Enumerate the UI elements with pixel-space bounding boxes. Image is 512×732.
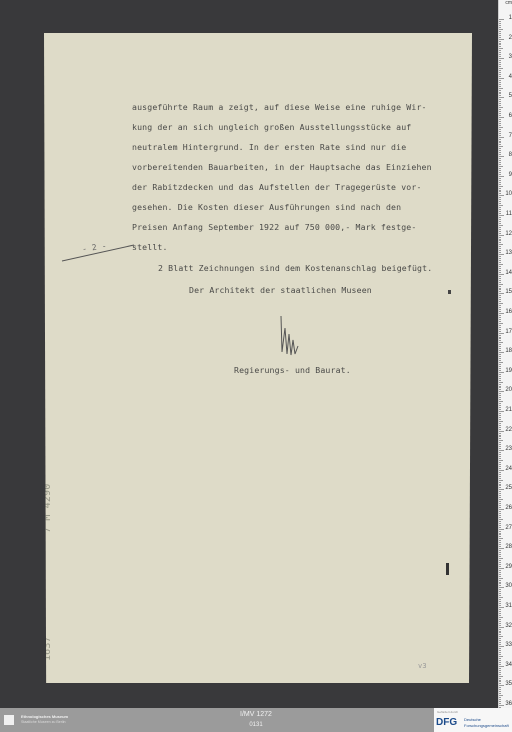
ruler-label: 14 — [505, 270, 512, 276]
ruler-minor-tick — [499, 52, 501, 53]
ruler-minor-tick — [499, 360, 501, 361]
ruler-minor-tick — [499, 534, 501, 535]
ruler-label: 11 — [506, 211, 512, 217]
ruler-minor-tick — [499, 29, 503, 30]
ruler-minor-tick — [499, 60, 501, 61]
body-line: vorbereitenden Bauarbeiten, in der Haupt… — [132, 162, 432, 172]
ruler-minor-tick — [499, 111, 501, 112]
ruler-tick — [499, 489, 504, 490]
ruler-minor-tick — [499, 331, 501, 332]
funder-name-2: Forschungsgemeinschaft — [464, 723, 509, 728]
ruler-minor-tick — [499, 346, 501, 347]
ruler-minor-tick — [499, 384, 501, 385]
ruler-minor-tick — [499, 146, 503, 147]
ruler-minor-tick — [499, 350, 501, 351]
ruler-minor-tick — [499, 609, 501, 610]
ruler-minor-tick — [499, 501, 501, 502]
ruler-minor-tick — [499, 523, 501, 524]
ruler-minor-tick — [499, 174, 501, 175]
ruler-minor-tick — [499, 84, 501, 85]
ruler-minor-tick — [499, 423, 501, 424]
ruler-minor-tick — [499, 323, 503, 324]
ruler-minor-tick — [499, 297, 501, 298]
ruler-minor-tick — [499, 231, 501, 232]
ruler-minor-tick — [499, 480, 503, 481]
ruler-minor-tick — [499, 258, 501, 259]
ruler-tick — [499, 627, 504, 628]
ruler-minor-tick — [499, 105, 501, 106]
ruler-minor-tick — [499, 268, 501, 269]
ruler-minor-tick — [499, 378, 501, 379]
ruler-minor-tick — [499, 484, 501, 485]
ruler-minor-tick — [499, 617, 503, 618]
ruler-minor-tick — [499, 387, 501, 388]
ruler-minor-tick — [499, 595, 501, 596]
ruler-label: 13 — [505, 250, 512, 256]
ruler-minor-tick — [499, 278, 501, 279]
ruler-minor-tick — [499, 415, 501, 416]
ruler-tick — [499, 568, 504, 569]
ruler-minor-tick — [499, 82, 501, 83]
ruler-tick — [499, 19, 504, 20]
ruler-minor-tick — [499, 272, 501, 273]
ruler-minor-tick — [499, 386, 501, 387]
ruler-minor-tick — [499, 56, 501, 57]
ruler-label: 27 — [505, 525, 512, 531]
ruler-label: 35 — [505, 681, 512, 687]
ruler-minor-tick — [499, 562, 501, 563]
ruler-minor-tick — [499, 533, 501, 534]
ruler-minor-tick — [499, 35, 501, 36]
ruler-label: 24 — [505, 466, 512, 472]
ruler-minor-tick — [499, 693, 501, 694]
ruler-minor-tick — [499, 115, 501, 116]
ruler-minor-tick — [499, 591, 501, 592]
ruler-minor-tick — [499, 474, 501, 475]
ruler-minor-tick — [499, 409, 501, 410]
ruler-minor-tick — [499, 70, 501, 71]
ruler-tick — [499, 352, 504, 353]
margin-annotation: 7 M 4290 — [42, 484, 53, 533]
ruler-minor-tick — [499, 74, 501, 75]
ruler-minor-tick — [499, 505, 501, 506]
ruler-minor-tick — [499, 207, 501, 208]
ruler-minor-tick — [499, 103, 501, 104]
ruler-minor-tick — [499, 66, 501, 67]
ruler-minor-tick — [499, 554, 501, 555]
footer-bar: Ethnologisches Museum Staatliche Museen … — [0, 708, 512, 732]
ruler-minor-tick — [499, 46, 501, 47]
ruler-minor-tick — [499, 382, 503, 383]
ruler-minor-tick — [499, 615, 501, 616]
ruler-tick — [499, 39, 504, 40]
ruler-minor-tick — [499, 460, 503, 461]
ruler-minor-tick — [499, 433, 501, 434]
ruler-minor-tick — [499, 564, 501, 565]
ruler-tick — [499, 685, 504, 686]
ruler-minor-tick — [499, 123, 501, 124]
ruler-label: 15 — [505, 289, 512, 295]
ruler-minor-tick — [499, 676, 503, 677]
ruler-label: 22 — [505, 427, 512, 433]
ruler-minor-tick — [499, 442, 501, 443]
ruler-minor-tick — [499, 697, 501, 698]
ruler-minor-tick — [499, 468, 501, 469]
ruler-minor-tick — [499, 264, 503, 265]
ruler-tick — [499, 411, 504, 412]
body-line: kung der an sich ungleich großen Ausstel… — [132, 122, 411, 132]
ruler-minor-tick — [499, 280, 501, 281]
ruler-minor-tick — [499, 650, 501, 651]
ruler-label: 5 — [509, 93, 512, 99]
ruler-minor-tick — [499, 197, 501, 198]
ruler-minor-tick — [499, 491, 501, 492]
ruler-minor-tick — [499, 654, 501, 655]
ruler-tick — [499, 97, 504, 98]
ruler-minor-tick — [499, 593, 501, 594]
ruler-tick — [499, 215, 504, 216]
ruler-minor-tick — [499, 668, 501, 669]
ruler-minor-tick — [499, 417, 501, 418]
ruler-minor-tick — [499, 256, 501, 257]
ruler-minor-tick — [499, 301, 501, 302]
ruler-minor-tick — [499, 550, 501, 551]
ruler-minor-tick — [499, 556, 501, 557]
ruler-minor-tick — [499, 499, 503, 500]
ruler-minor-tick — [499, 90, 501, 91]
ruler-minor-tick — [499, 135, 501, 136]
ruler-minor-tick — [499, 448, 501, 449]
bottom-mark: v3 — [418, 662, 427, 670]
ruler-minor-tick — [499, 250, 501, 251]
ruler-minor-tick — [499, 109, 501, 110]
ruler-minor-tick — [499, 403, 501, 404]
ruler-label: 17 — [505, 329, 512, 335]
ruler-minor-tick — [499, 515, 501, 516]
ruler-tick — [499, 333, 504, 334]
ruler-minor-tick — [499, 148, 501, 149]
ruler-minor-tick — [499, 237, 501, 238]
ruler-minor-tick — [499, 327, 501, 328]
ruler-minor-tick — [499, 139, 501, 140]
ruler-tick — [499, 548, 504, 549]
ruler-tick — [499, 607, 504, 608]
ruler-minor-tick — [499, 393, 501, 394]
ruler-minor-tick — [499, 246, 501, 247]
ruler-minor-tick — [499, 229, 501, 230]
ruler-tick — [499, 705, 504, 706]
ruler-minor-tick — [499, 597, 503, 598]
ruler-minor-tick — [499, 456, 501, 457]
ruler-tick — [499, 195, 504, 196]
ruler-label: 7 — [509, 133, 512, 139]
ruler-minor-tick — [499, 464, 501, 465]
ruler-minor-tick — [499, 552, 501, 553]
ruler-minor-tick — [499, 444, 501, 445]
ruler-minor-tick — [499, 397, 501, 398]
ruler-minor-tick — [499, 446, 501, 447]
ruler-minor-tick — [499, 485, 501, 486]
ruler-label: 3 — [509, 54, 512, 60]
ruler-minor-tick — [499, 168, 501, 169]
ruler-minor-tick — [499, 162, 501, 163]
ruler-label: 31 — [505, 603, 512, 609]
ruler-minor-tick — [499, 72, 501, 73]
ruler-tick — [499, 254, 504, 255]
ruler-minor-tick — [499, 284, 503, 285]
ruler-minor-tick — [499, 329, 501, 330]
ruler-minor-tick — [499, 495, 501, 496]
ruler-tick — [499, 470, 504, 471]
ruler-minor-tick — [499, 580, 501, 581]
ruler-minor-tick — [499, 340, 501, 341]
ruler-label: 2 — [509, 35, 512, 41]
ruler-minor-tick — [499, 366, 501, 367]
ruler-minor-tick — [499, 182, 501, 183]
ruler-minor-tick — [499, 223, 501, 224]
margin-annotation-2: 1637 — [42, 636, 53, 661]
ruler-minor-tick — [499, 542, 501, 543]
ruler-label: 10 — [505, 191, 512, 197]
ruler-minor-tick — [499, 41, 501, 42]
punch-mark — [448, 290, 451, 294]
ruler-minor-tick — [499, 589, 501, 590]
ruler-minor-tick — [499, 289, 501, 290]
ruler-minor-tick — [499, 86, 501, 87]
ruler-minor-tick — [499, 186, 503, 187]
body-line: stellt. — [132, 242, 168, 252]
ruler-tick — [499, 529, 504, 530]
ruler-minor-tick — [499, 368, 501, 369]
ruler-minor-tick — [499, 370, 501, 371]
ruler-minor-tick — [499, 217, 501, 218]
ruler-minor-tick — [499, 31, 501, 32]
ruler-minor-tick — [499, 307, 501, 308]
ruler-minor-tick — [499, 88, 503, 89]
dfg-logo: DFG — [436, 717, 457, 728]
ruler-label: 21 — [505, 407, 512, 413]
ruler-minor-tick — [499, 190, 501, 191]
ruler-minor-tick — [499, 160, 501, 161]
ruler-minor-tick — [499, 625, 501, 626]
ruler-minor-tick — [499, 354, 501, 355]
ruler-minor-tick — [499, 184, 501, 185]
signature-title: Der Architekt der staatlichen Museen — [189, 285, 372, 295]
ruler-tick — [499, 587, 504, 588]
ruler-minor-tick — [499, 664, 501, 665]
ruler-label: 1 — [509, 15, 512, 21]
ruler-minor-tick — [499, 141, 501, 142]
ruler-minor-tick — [499, 99, 501, 100]
funder-label: Gefördert durch — [437, 710, 458, 714]
ruler-minor-tick — [499, 435, 501, 436]
ruler-minor-tick — [499, 462, 501, 463]
ruler-minor-tick — [499, 681, 501, 682]
ruler-minor-tick — [499, 578, 503, 579]
ruler-minor-tick — [499, 178, 501, 179]
ruler-minor-tick — [499, 640, 501, 641]
signature-role: Regierungs- und Baurat. — [234, 365, 351, 375]
ruler-minor-tick — [499, 413, 501, 414]
ruler-minor-tick — [499, 54, 501, 55]
ruler-minor-tick — [499, 95, 501, 96]
ruler-minor-tick — [499, 680, 501, 681]
ruler-minor-tick — [499, 521, 501, 522]
ruler-minor-tick — [499, 23, 501, 24]
ruler-minor-tick — [499, 436, 501, 437]
ruler-minor-tick — [499, 295, 501, 296]
ruler-minor-tick — [499, 193, 501, 194]
ruler-minor-tick — [499, 407, 501, 408]
ruler-minor-tick — [499, 133, 501, 134]
ruler-minor-tick — [499, 244, 503, 245]
ruler-minor-tick — [499, 476, 501, 477]
ruler-tick — [499, 235, 504, 236]
ruler-label: 9 — [509, 172, 512, 178]
ruler-minor-tick — [499, 472, 501, 473]
ruler-minor-tick — [499, 478, 501, 479]
ruler-minor-tick — [499, 76, 501, 77]
ruler-minor-tick — [499, 631, 501, 632]
ruler-minor-tick — [499, 519, 503, 520]
ruler-minor-tick — [499, 233, 501, 234]
ruler-label: 32 — [505, 623, 512, 629]
ruler-minor-tick — [499, 260, 501, 261]
ruler-minor-tick — [499, 129, 501, 130]
ruler-minor-tick — [499, 380, 501, 381]
ruler-minor-tick — [499, 219, 501, 220]
ruler-minor-tick — [499, 511, 501, 512]
ruler-tick — [499, 137, 504, 138]
ruler-minor-tick — [499, 636, 503, 637]
ruler-minor-tick — [499, 142, 501, 143]
ruler-minor-tick — [499, 150, 501, 151]
ruler-minor-tick — [499, 603, 501, 604]
ruler-label: 30 — [505, 583, 512, 589]
ruler-minor-tick — [499, 337, 501, 338]
ruler-label: 36 — [505, 701, 512, 707]
ruler-minor-tick — [499, 389, 501, 390]
ruler-tick — [499, 646, 504, 647]
ruler-minor-tick — [499, 497, 501, 498]
ruler-minor-tick — [499, 286, 501, 287]
ruler-label: 33 — [505, 642, 512, 648]
ruler-tick — [499, 391, 504, 392]
ruler-minor-tick — [499, 282, 501, 283]
ruler-minor-tick — [499, 144, 501, 145]
ruler-label: 34 — [505, 662, 512, 668]
ruler-minor-tick — [499, 227, 501, 228]
ruler-minor-tick — [499, 660, 501, 661]
ruler-minor-tick — [499, 452, 501, 453]
ruler-minor-tick — [499, 305, 501, 306]
ruler-minor-tick — [499, 652, 501, 653]
ruler-minor-tick — [499, 701, 501, 702]
ruler-minor-tick — [499, 605, 501, 606]
ruler-minor-tick — [499, 270, 501, 271]
ruler-minor-tick — [499, 131, 501, 132]
ruler-tick — [499, 58, 504, 59]
ruler-minor-tick — [499, 93, 501, 94]
punch-mark — [446, 563, 449, 575]
ruler-label: 16 — [505, 309, 512, 315]
ruler-minor-tick — [499, 317, 501, 318]
ruler-label: 12 — [505, 231, 512, 237]
ruler-minor-tick — [499, 691, 501, 692]
ruler-minor-tick — [499, 425, 501, 426]
ruler-tick — [499, 666, 504, 667]
ruler-minor-tick — [499, 601, 501, 602]
ruler-minor-tick — [499, 558, 503, 559]
ruler-minor-tick — [499, 560, 501, 561]
ruler-minor-tick — [499, 421, 503, 422]
ruler-minor-tick — [499, 342, 503, 343]
ruler-minor-tick — [499, 62, 501, 63]
ruler-tick — [499, 431, 504, 432]
handwritten-signature — [278, 314, 300, 360]
ruler-minor-tick — [499, 703, 501, 704]
ruler-minor-tick — [499, 252, 501, 253]
ruler-minor-tick — [499, 466, 501, 467]
ruler-minor-tick — [499, 634, 501, 635]
document-page: ausgeführte Raum a zeigt, auf diese Weis… — [44, 33, 472, 683]
ruler-minor-tick — [499, 440, 503, 441]
attachment-note: 2 Blatt Zeichnungen sind dem Kostenansch… — [158, 263, 432, 273]
ruler-minor-tick — [499, 291, 501, 292]
ruler-minor-tick — [499, 191, 501, 192]
ruler-minor-tick — [499, 623, 501, 624]
ruler-minor-tick — [499, 325, 501, 326]
ruler-minor-tick — [499, 242, 501, 243]
ruler-minor-tick — [499, 399, 501, 400]
funder-block: Gefördert durch DFG Deutsche Forschungsg… — [434, 708, 512, 732]
ruler-minor-tick — [499, 240, 501, 241]
ruler-minor-tick — [499, 188, 501, 189]
ruler-minor-tick — [499, 80, 501, 81]
ruler-label: 29 — [505, 564, 512, 570]
ruler-minor-tick — [499, 239, 501, 240]
ruler-minor-tick — [499, 262, 501, 263]
ruler-minor-tick — [499, 362, 503, 363]
ruler-minor-tick — [499, 493, 501, 494]
ruler-minor-tick — [499, 209, 501, 210]
ruler-minor-tick — [499, 164, 501, 165]
document-viewer[interactable]: ausgeführte Raum a zeigt, auf diese Weis… — [0, 0, 498, 708]
ruler-minor-tick — [499, 503, 501, 504]
ruler-minor-tick — [499, 50, 501, 51]
ruler-minor-tick — [499, 536, 501, 537]
ruler-minor-tick — [499, 356, 501, 357]
ruler-minor-tick — [499, 670, 501, 671]
ruler-label: 8 — [509, 152, 512, 158]
ruler-minor-tick — [499, 531, 501, 532]
ruler-minor-tick — [499, 613, 501, 614]
ruler-minor-tick — [499, 583, 501, 584]
ruler-minor-tick — [499, 644, 501, 645]
ruler-unit: cm — [505, 0, 512, 6]
ruler-tick — [499, 274, 504, 275]
ruler-minor-tick — [499, 672, 501, 673]
ruler-minor-tick — [499, 699, 501, 700]
ruler-minor-tick — [499, 570, 501, 571]
funder-name-1: Deutsche — [464, 717, 481, 722]
ruler-minor-tick — [499, 507, 501, 508]
ruler-minor-tick — [499, 315, 501, 316]
ruler-minor-tick — [499, 92, 501, 93]
ruler-minor-tick — [499, 544, 501, 545]
ruler-label: 28 — [505, 544, 512, 550]
ruler-minor-tick — [499, 33, 501, 34]
